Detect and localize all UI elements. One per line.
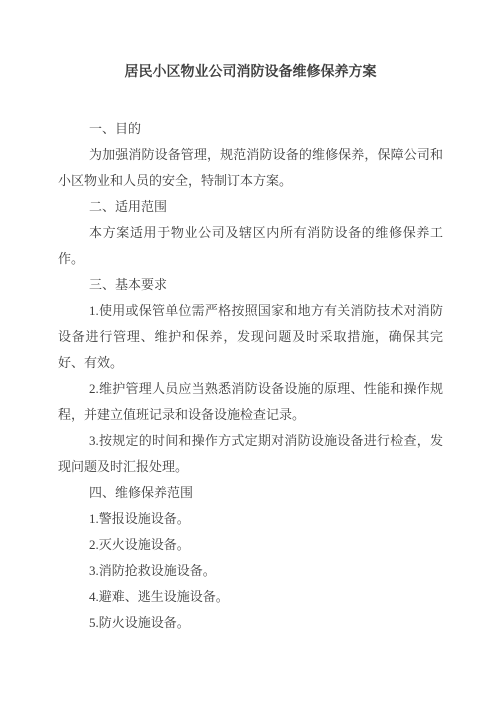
document-title: 居民小区物业公司消防设备维修保养方案 bbox=[58, 60, 443, 86]
section-heading: 一、目的 bbox=[58, 116, 443, 142]
paragraph: 3.按规定的时间和操作方式定期对消防设施设备进行检查，发现问题及时汇报处理。 bbox=[58, 428, 443, 480]
section-heading: 三、基本要求 bbox=[58, 272, 443, 298]
section-heading: 四、维修保养范围 bbox=[58, 480, 443, 506]
document-page: 居民小区物业公司消防设备维修保养方案 一、目的为加强消防设备管理，规范消防设备的… bbox=[0, 0, 500, 707]
list-item: 2.灭火设施设备。 bbox=[58, 532, 443, 558]
paragraph: 1.使用或保管单位需严格按照国家和地方有关消防技术对消防设备进行管理、维护和保养… bbox=[58, 298, 443, 376]
list-item: 1.警报设施设备。 bbox=[58, 506, 443, 532]
list-item: 3.消防抢救设施设备。 bbox=[58, 558, 443, 584]
document-body: 一、目的为加强消防设备管理，规范消防设备的维修保养，保障公司和小区物业和人员的安… bbox=[58, 116, 443, 636]
paragraph: 2.维护管理人员应当熟悉消防设备设施的原理、性能和操作规程，并建立值班记录和设备… bbox=[58, 376, 443, 428]
list-item: 4.避难、逃生设施设备。 bbox=[58, 584, 443, 610]
section-heading: 二、适用范围 bbox=[58, 194, 443, 220]
paragraph: 为加强消防设备管理，规范消防设备的维修保养，保障公司和小区物业和人员的安全，特制… bbox=[58, 142, 443, 194]
list-item: 5.防火设施设备。 bbox=[58, 610, 443, 636]
paragraph: 本方案适用于物业公司及辖区内所有消防设备的维修保养工作。 bbox=[58, 220, 443, 272]
